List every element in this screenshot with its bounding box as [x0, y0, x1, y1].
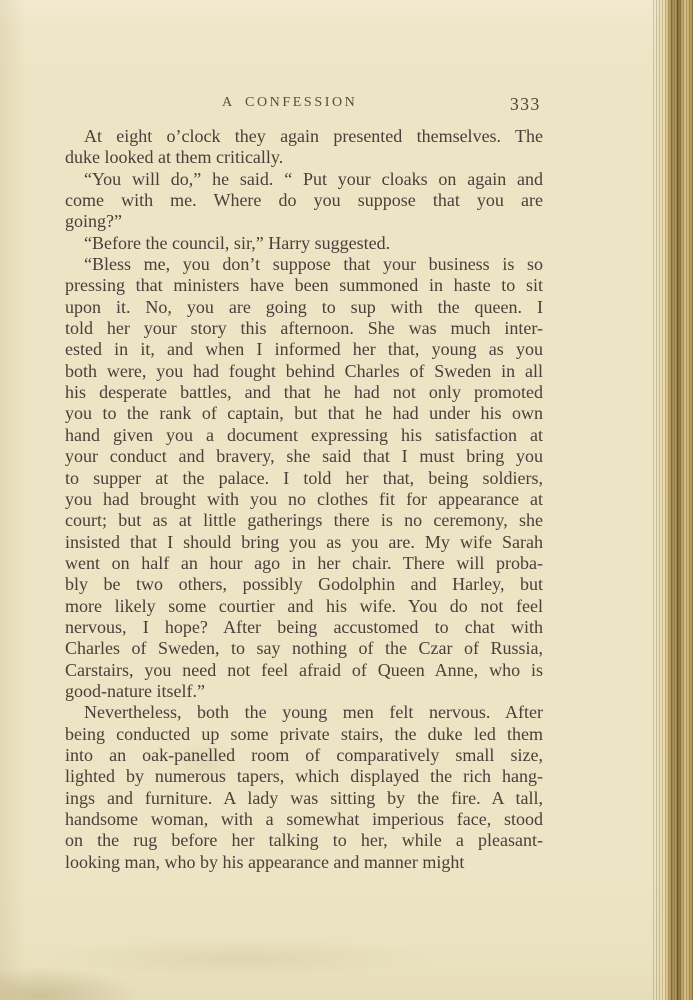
text-line: ested in it, and when I informed her tha…	[65, 339, 543, 360]
text-line: “Bless me, you don’t suppose that your b…	[65, 254, 543, 275]
text-line: Charles of Sweden, to say nothing of the…	[65, 638, 543, 659]
text-line: looking man, who by his appearance and m…	[65, 852, 543, 873]
text-line: court; but as at little gatherings there…	[65, 510, 543, 531]
text-line: pressing that ministers have been summon…	[65, 275, 543, 296]
text-line: more likely some courtier and his wife. …	[65, 596, 543, 617]
paragraph: “Bless me, you don’t suppose that your b…	[65, 254, 543, 702]
text-line: At eight o’clock they again presented th…	[65, 126, 543, 147]
text-line: going?”	[65, 211, 543, 232]
text-line: being conducted up some private stairs, …	[65, 724, 543, 745]
paragraph: “You will do,” he said. “ Put your cloak…	[65, 169, 543, 233]
page-number: 333	[510, 94, 541, 115]
text-line: both were, you had fought behind Charles…	[65, 361, 543, 382]
text-line: upon it. No, you are going to sup with t…	[65, 297, 543, 318]
paragraph: “Before the council, sir,” Harry suggest…	[65, 233, 543, 254]
text-line: hand given you a document expressing his…	[65, 425, 543, 446]
scanned-book-page: A CONFESSION 333 At eight o’clock they a…	[0, 0, 693, 1000]
text-line: Carstairs, you need not feel afraid of Q…	[65, 660, 543, 681]
text-line: duke looked at them critically.	[65, 147, 543, 168]
text-line: went on half an hour ago in her chair. T…	[65, 553, 543, 574]
text-line: to supper at the palace. I told her that…	[65, 468, 543, 489]
text-line: “You will do,” he said. “ Put your cloak…	[65, 169, 543, 190]
paragraph: Nevertheless, both the young men felt ne…	[65, 702, 543, 873]
text-line: “Before the council, sir,” Harry suggest…	[65, 233, 543, 254]
running-head-title: A CONFESSION	[222, 95, 357, 111]
book-page-edge-shading	[653, 0, 693, 1000]
text-line: insisted that I should bring you as you …	[65, 532, 543, 553]
text-line: told her your story this afternoon. She …	[65, 318, 543, 339]
text-line: come with me. Where do you suppose that …	[65, 190, 543, 211]
text-line: handsome woman, with a somewhat imperiou…	[65, 809, 543, 830]
text-line: on the rug before her talking to her, wh…	[65, 830, 543, 851]
text-line: good-nature itself.”	[65, 681, 543, 702]
text-line: you had brought with you no clothes fit …	[65, 489, 543, 510]
running-head: A CONFESSION 333	[0, 94, 693, 116]
text-line: nervous, I hope? After being accustomed …	[65, 617, 543, 638]
text-line: you to the rank of captain, but that he …	[65, 403, 543, 424]
text-line: lighted by numerous tapers, which displa…	[65, 766, 543, 787]
text-line: Nevertheless, both the young men felt ne…	[65, 702, 543, 723]
text-line: into an oak-panelled room of comparative…	[65, 745, 543, 766]
paragraph: At eight o’clock they again presented th…	[65, 126, 543, 169]
text-line: ings and furniture. A lady was sitting b…	[65, 788, 543, 809]
text-line: his desperate battles, and that he had n…	[65, 382, 543, 403]
text-line: bly be two others, possibly Godolphin an…	[65, 574, 543, 595]
page-body: At eight o’clock they again presented th…	[65, 126, 543, 873]
text-line: your conduct and bravery, she said that …	[65, 446, 543, 467]
